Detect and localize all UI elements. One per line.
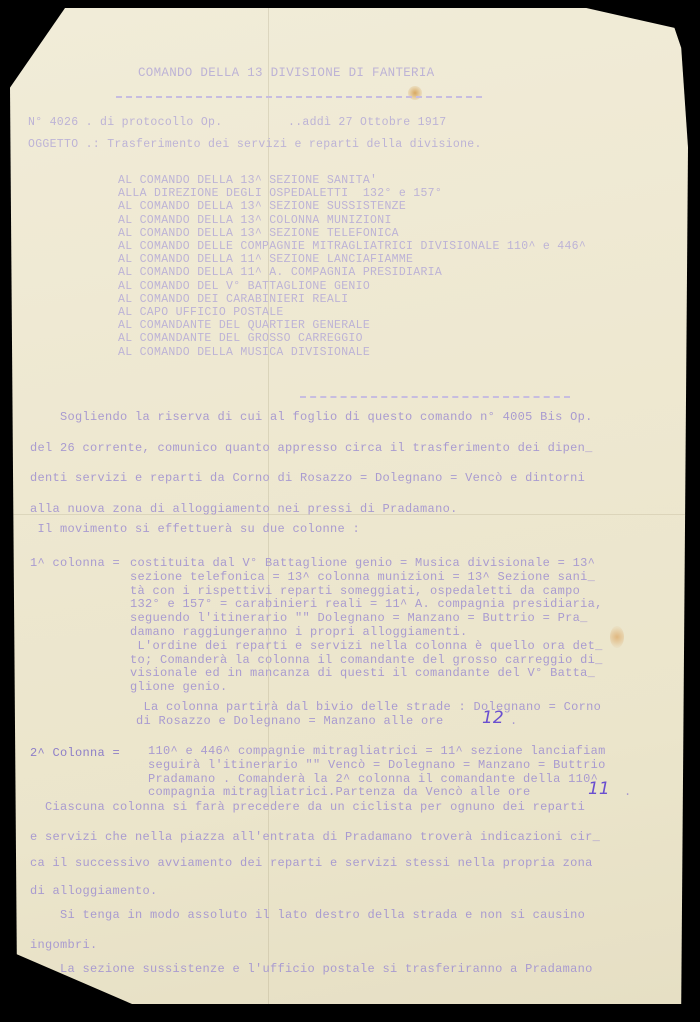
column-2-tail: .	[624, 785, 632, 799]
closing-line: ingombri.	[30, 938, 98, 952]
column-1-line: tà con i rispettivi reparti someggiati, …	[130, 584, 580, 598]
column-1-line: 132° e 157° = carabinieri reali = 11^ A.…	[130, 597, 603, 611]
column-1-line: glione genio.	[130, 680, 228, 694]
column-1-line: damano raggiungeranno i propri alloggiam…	[130, 625, 468, 639]
column-2-line: Pradamano . Comanderà la 2^ colonna il c…	[148, 772, 598, 786]
handwritten-hour-column-1: 12	[482, 708, 504, 728]
column-1-line: seguendo l'itinerario "" Dolegnano = Man…	[130, 611, 588, 625]
intro-line: del 26 corrente, comunico quanto appress…	[30, 441, 593, 455]
column-1-departure-line: La colonna partirà dal bivio delle strad…	[136, 700, 601, 714]
recipient-line: AL COMANDO DELLA 13^ SEZIONE SANITA'	[118, 174, 377, 187]
column-1-line: costituita dal V° Battaglione genio = Mu…	[130, 556, 595, 570]
column-2-line: compagnia mitragliatrici.Partenza da Ven…	[148, 785, 531, 799]
document-subject: OGGETTO .: Trasferimento dei servizi e r…	[28, 138, 482, 151]
recipient-line: AL COMANDANTE DEL GROSSO CARREGGIO	[118, 332, 363, 345]
column-1-line: sezione telefonica = 13^ colonna munizio…	[130, 570, 595, 584]
closing-line: Si tenga in modo assoluto il lato destro…	[30, 908, 585, 922]
foxing-stain	[610, 626, 624, 648]
recipient-line: AL COMANDO DELLA 11^ A. COMPAGNIA PRESID…	[118, 266, 442, 279]
recipient-line: AL COMANDANTE DEL QUARTIER GENERALE	[118, 319, 370, 332]
column-2-line: seguirà l'itinerario "" Vencò = Dolegnan…	[148, 758, 606, 772]
column-2-line: 110^ e 446^ compagnie mitragliatrici = 1…	[148, 744, 606, 758]
closing-line: di alloggiamento.	[30, 884, 158, 898]
handwritten-hour-column-2: 11	[588, 779, 610, 799]
column-1-departure-line: di Rosazzo e Dolegnano = Manzano alle or…	[136, 714, 444, 728]
recipient-line: AL COMANDO DEI CARABINIERI REALI	[118, 293, 348, 306]
recipient-line: AL COMANDO DELLA 13^ COLONNA MUNIZIONI	[118, 214, 392, 227]
movement-intro: Il movimento si effettuerà su due colonn…	[30, 522, 360, 536]
section-divider	[300, 396, 570, 400]
column-2-label: 2^ Colonna =	[30, 746, 120, 760]
recipient-line: AL COMANDO DELLA 13^ SEZIONE SUSSISTENZE	[118, 200, 406, 213]
column-1-departure-period: .	[510, 714, 518, 728]
intro-line: alla nuova zona di alloggiamento nei pre…	[30, 502, 458, 516]
recipient-line: ALLA DIREZIONE DEGLI OSPEDALETTI 132° e …	[118, 187, 442, 200]
recipient-line: AL COMANDO DELLE COMPAGNIE MITRAGLIATRIC…	[118, 240, 586, 253]
recipient-line: AL COMANDO DELLA 13^ SEZIONE TELEFONICA	[118, 227, 399, 240]
recipient-line: AL COMANDO DELLA 11^ SEZIONE LANCIAFIAMM…	[118, 253, 413, 266]
header-divider	[116, 96, 482, 100]
recipient-line: AL CAPO UFFICIO POSTALE	[118, 306, 284, 319]
recipient-line: AL COMANDO DELLA MUSICA DIVISIONALE	[118, 346, 370, 359]
closing-line: La sezione sussistenze e l'ufficio posta…	[30, 962, 593, 976]
protocol-number: N° 4026 . di protocollo Op.	[28, 116, 222, 129]
intro-line: Sogliendo la riserva di cui al foglio di…	[30, 410, 593, 424]
closing-line: ca il successivo avviamento dei reparti …	[30, 856, 593, 870]
intro-line: denti servizi e reparti da Corno di Rosa…	[30, 471, 585, 485]
column-1-line: visionale ed in mancanza di questi il co…	[130, 666, 595, 680]
closing-line: e servizi che nella piazza all'entrata d…	[30, 830, 600, 844]
column-1-line: to; Comanderà la colonna il comandante d…	[130, 653, 603, 667]
column-1-line: L'ordine dei reparti e servizi nella col…	[130, 639, 603, 653]
closing-line: Ciascuna colonna si farà precedere da un…	[30, 800, 585, 814]
document-title: COMANDO DELLA 13 DIVISIONE DI FANTERIA	[138, 66, 434, 80]
recipient-line: AL COMANDO DEL V° BATTAGLIONE GENIO	[118, 280, 370, 293]
column-1-label: 1^ colonna =	[30, 556, 120, 570]
document-date: ..addì 27 Ottobre 1917	[288, 116, 446, 129]
